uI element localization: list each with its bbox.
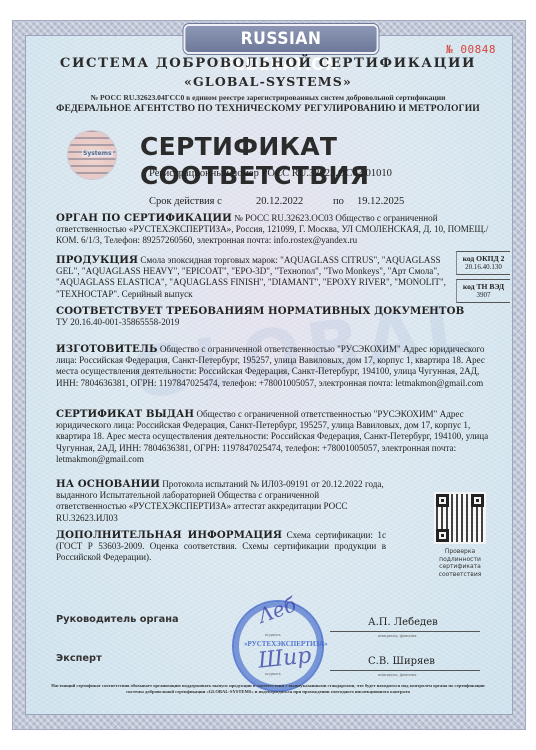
section-basis: НА ОСНОВАНИИ Протокола испытаний № ИЛ03-… — [56, 479, 386, 524]
okpd2-value: 20.16.40.130 — [457, 263, 510, 271]
certificate-title: СЕРТИФИКАТ СООТВЕТСТВИЯ — [140, 132, 536, 190]
section-text: ТУ 20.16.40-001-35865558-2019 — [56, 317, 179, 327]
section-heading: НА ОСНОВАНИИ — [56, 478, 160, 490]
section-conformity: СООТВЕТСТВУЕТ ТРЕБОВАНИЯМ НОРМАТИВНЫХ ДО… — [56, 306, 496, 328]
section-heading: СООТВЕТСТВУЕТ ТРЕБОВАНИЯМ НОРМАТИВНЫХ ДО… — [56, 306, 496, 317]
section-certification-body: ОРГАН ПО СЕРТИФИКАЦИИ № РОСС RU.32623.ОС… — [56, 213, 496, 247]
qr-verification: Проверка подлинности сертификата соответ… — [428, 492, 492, 578]
registration-number: Регистрационный номер РОСС RU.32623.ОС03… — [149, 168, 392, 179]
section-manufacturer: ИЗГОТОВИТЕЛЬ Общество с ограниченной отв… — [56, 344, 494, 389]
expert-name: С.В. Ширяев — [368, 656, 435, 667]
agency-name: ФЕДЕРАЛЬНОЕ АГЕНТСТВО ПО ТЕХНИЧЕСКОМУ РЕ… — [0, 103, 536, 114]
tnved-label: код ТН ВЭД — [457, 282, 510, 291]
tnved-value: 3907 — [457, 291, 510, 299]
section-product: ПРОДУКЦИЯ Смола эпоксидная торговых маро… — [56, 255, 446, 300]
validity-label: Срок действия с — [149, 196, 256, 207]
section-heading: ПРОДУКЦИЯ — [56, 254, 138, 266]
qr-caption: Проверка подлинности сертификата соответ… — [428, 548, 492, 578]
qr-code-icon[interactable] — [434, 492, 486, 544]
valid-to: 19.12.2025 — [357, 196, 404, 207]
okpd2-label: код ОКПД 2 — [457, 254, 510, 263]
okpd2-code-box: код ОКПД 2 20.16.40.130 — [456, 251, 510, 275]
tnved-code-box: код ТН ВЭД 3907 — [456, 279, 510, 303]
section-heading: ДОПОЛНИТЕЛЬНАЯ ИНФОРМАЦИЯ — [56, 529, 282, 541]
section-additional-info: ДОПОЛНИТЕЛЬНАЯ ИНФОРМАЦИЯ Схема сертифик… — [56, 530, 386, 564]
section-heading: СЕРТИФИКАТ ВЫДАН — [56, 408, 194, 420]
logo-text: Systems — [82, 150, 113, 157]
head-name: А.П. Лебедев — [368, 617, 438, 628]
head-name-line — [330, 631, 480, 632]
system-title: СИСТЕМА ДОБРОВОЛЬНОЙ СЕРТИФИКАЦИИ — [0, 56, 536, 71]
system-name: «GLOBAL-SYSTEMS» — [0, 74, 536, 89]
section-heading: ИЗГОТОВИТЕЛЬ — [56, 343, 158, 355]
serial-number: № 00848 — [446, 43, 496, 56]
country-banner: RUSSIAN FEDERATION — [183, 24, 378, 54]
expert-name-caption: инициалы, фамилия — [378, 672, 417, 677]
footer-note: Настоящий сертификат соответствия обязыв… — [50, 683, 486, 695]
validity-period: Срок действия с20.12.2022по19.12.2025 — [149, 196, 404, 207]
section-heading: ОРГАН ПО СЕРТИФИКАЦИИ — [56, 212, 232, 224]
head-name-caption: инициалы, фамилия — [378, 633, 417, 638]
registry-line: № РОСС RU.32623.04ГСС0 в едином реестре … — [0, 93, 536, 102]
classification-codes: код ОКПД 2 20.16.40.130 код ТН ВЭД 3907 — [456, 251, 510, 307]
global-systems-logo-icon: Systems — [68, 131, 116, 179]
section-issued-to: СЕРТИФИКАТ ВЫДАН Общество с ограниченной… — [56, 409, 494, 465]
valid-from: 20.12.2022 — [256, 196, 333, 207]
expert-name-line — [330, 670, 480, 671]
validity-to-label: по — [333, 196, 357, 207]
